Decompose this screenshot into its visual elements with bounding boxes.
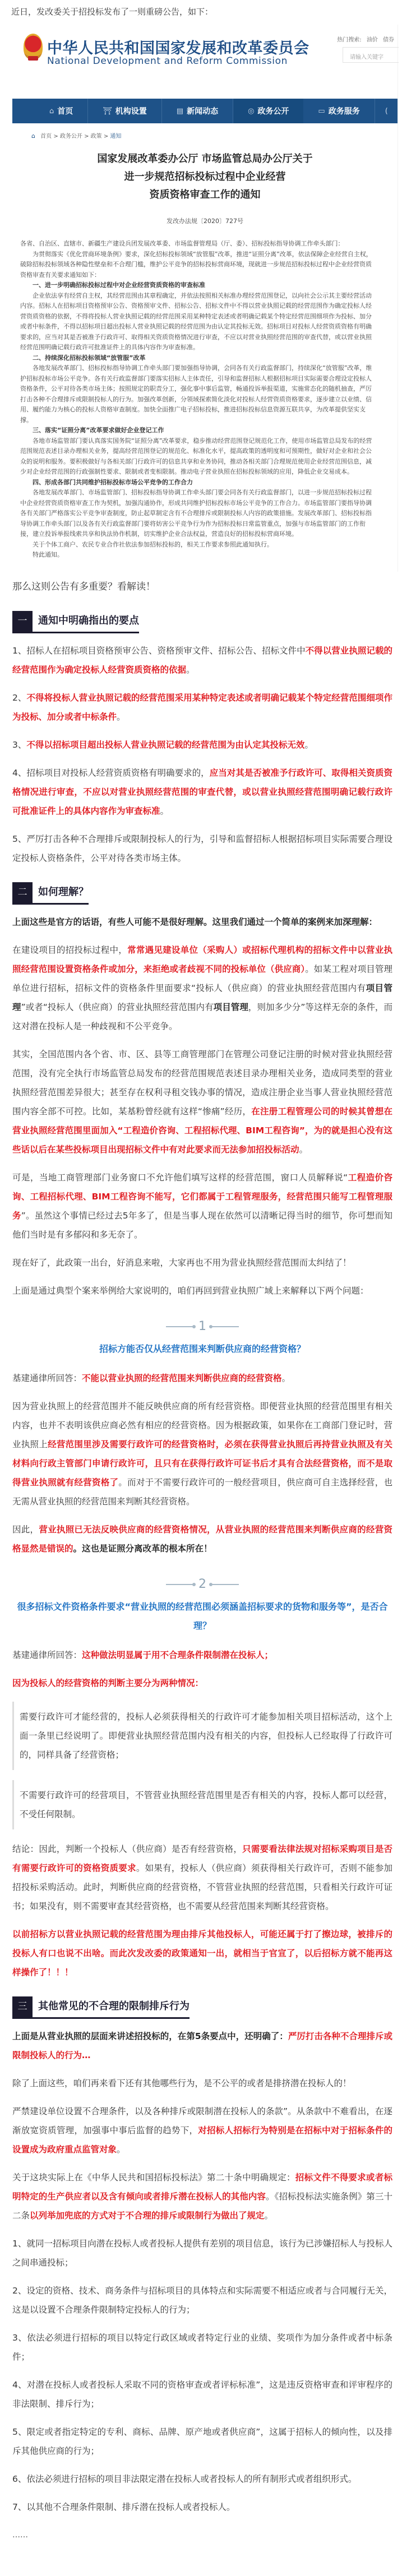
document-paragraph: 特此通知。 — [20, 550, 377, 560]
document-section-heading: 二、持续深化招标投标领域“放管服”改革 — [20, 353, 377, 364]
document-number: 发改办法规〔2020〕727号 — [12, 216, 398, 225]
nav-item-gov-affairs[interactable]: ◎政务公开 — [233, 99, 303, 123]
list-item: 6、依法必须进行招标的项目非法限定潜在投标人或者投标人的所有制形式或者组织形式。 — [12, 2470, 392, 2489]
question-answer-1: 基建通律所回答：不能以营业执照的经营范围来判断供应商的经营资格。因为营业执照上的… — [12, 1369, 392, 1558]
breadcrumb-item[interactable]: 政策 — [91, 133, 102, 140]
home-icon: ⌂ — [31, 132, 35, 140]
breadcrumb: ⌂ 首页 > 政务公开 > 政策 > 通知 — [12, 123, 398, 145]
key-point: 2、不得将投标人营业执照记载的经营范围采用某种特定表述或者明确记载某个特定经营范… — [12, 688, 392, 726]
section-heading-2: 二 如何理解？ — [12, 882, 89, 905]
document-section-heading: 三、落实“证照分离”改革要求做好企业登记工作 — [20, 425, 377, 436]
paragraph: 在建设项目的招投标过程中，常常遇见建设单位（采购人）或招标代理机构的招标文件中以… — [12, 940, 392, 1036]
section-heading-1: 一 通知中明确指出的要点 — [12, 611, 139, 633]
document-paragraph: 企业依法享有经营自主权，其经营范围由其章程确定，并依法按照相关标准办理经营范围登… — [20, 291, 377, 353]
section-heading-3: 三 其他常见的不合理的限制排斥行为 — [12, 1996, 190, 2019]
intro-text: 近日，发改委关于招投标发布了一则重磅公告，如下： — [0, 0, 402, 18]
nav-item-home[interactable]: ⌂首页 — [35, 99, 88, 123]
institution-icon: ⛩ — [103, 107, 112, 115]
site-header: 中华人民共和国国家发展和改革委员会 National Development a… — [12, 25, 398, 77]
search-input[interactable]: 请输入关键字 — [343, 47, 399, 63]
paragraph: 除了上面这些，咱们再来看下还有其他哪些行为，是不公平的或者是排挤潜在投标人的！ — [12, 2074, 392, 2093]
nav-item-more[interactable]: ( — [375, 99, 396, 123]
document-paragraph: 为贯彻落实《优化营商环境条例》要求，深化招标投标领域“放管服”改革，推进“证照分… — [20, 249, 377, 281]
paragraph: 因此，营业执照已无法反映供应商的经营资格情况，从营业执照的经营范围来判断供应商的… — [12, 1520, 392, 1558]
service-icon: ▭ — [318, 107, 325, 115]
section-number-badge: 二 — [12, 882, 33, 903]
section-title: 如何理解？ — [33, 883, 89, 902]
blockquote: 需要行政许可才能经营的，投标人必须获得相关的行政许可才能参加相关项目招标活动，这… — [12, 1702, 392, 1770]
question-answer-2: 基建通律所回答：这种做法明显属于用不合理条件限制潜在投标人；因为投标人的经营资格… — [12, 1646, 392, 1693]
blockquote: 不需要行政许可的经营项目，不管营业执照经营范围里是否有相关的内容，投标人都可以经… — [12, 1780, 392, 1829]
national-emblem-icon — [24, 34, 43, 59]
nav-item-news[interactable]: ▤新闻动态 — [162, 99, 233, 123]
site-title-en: National Development and Reform Commissi… — [47, 55, 288, 67]
paragraph: 因为投标人的经营资格的判断主要分为两种情况： — [12, 1674, 392, 1693]
document-section-heading: 四、形成各部门共同维护招标投标市场公平竞争的工作合力 — [20, 478, 377, 488]
paragraph: 可是，当地工商管理部门业务窗口不允许他们填写这样的经营范围，窗口人员解释说“工程… — [12, 1168, 392, 1244]
breadcrumb-item[interactable]: 政务公开 — [60, 133, 82, 140]
article: 那么这则公告有多重要？看解读！ 一 通知中明确指出的要点 1、招标人在招标项目资… — [0, 580, 402, 2576]
conclusion: 结论：因此，判断一个投标人（供应商）是否有经营资格，只需要看法律法规对招标采购项… — [12, 1840, 392, 1982]
hot-search-label: 热门搜索: — [337, 37, 361, 43]
question-divider-2: 2 — [12, 1575, 392, 1594]
restriction-list: 1、就同一招标项目向潜在投标人或者投标人提供有差别的项目信息，该行为已涉嫌招标人… — [12, 2234, 392, 2517]
section-number-badge: 一 — [12, 611, 33, 632]
document-paragraph: 各地市场监管部门要认真落实国务院“证照分离”改革要求，稳步推动经营范围登记规范化… — [20, 436, 377, 478]
list-item: 5、限定或者指定特定的专利、商标、品牌、原产地或者供应商”，这属于招标人的倾向性… — [12, 2422, 392, 2461]
paragraph: 严禁建设单位设置不合理条件，以及各种排斥或限制潜在投标人的条款”。从条款中不难看… — [12, 2102, 392, 2159]
more-icon: ( — [385, 107, 388, 115]
main-nav: ⌂首页 ⛩机构设置 ▤新闻动态 ◎政务公开 ▭政务服务 ( — [12, 99, 398, 123]
embedded-ndrc-page-screenshot: 中华人民共和国国家发展和改革委员会 National Development a… — [12, 25, 398, 572]
paragraph: 上面是通过典型个案来举例给大家说明的，咱们再回到营业执照广域上来解释以下两个问题… — [12, 1281, 392, 1300]
paragraph: 以前招标方以营业执照记载的经营范围为理由排斥其他投标人，可能还属于打了擦边球，被… — [12, 1925, 392, 1982]
section-title: 其他常见的不合理的限制排斥行为 — [33, 1997, 190, 2016]
section-title: 通知中明确指出的要点 — [33, 611, 139, 631]
document-paragraph: 各地发展改革部门、招标投标指导协调工作牵头部门要加强指导协调，会同各有关行政监督… — [20, 363, 377, 425]
article-lead: 那么这则公告有多重要？看解读！ — [12, 580, 392, 594]
section-number-badge: 三 — [12, 1996, 33, 2017]
home-icon: ⌂ — [49, 107, 54, 115]
hot-search-item[interactable]: 油价 — [367, 37, 378, 43]
hot-search-item[interactable]: 债券 — [383, 37, 394, 43]
breadcrumb-current[interactable]: 通知 — [110, 133, 121, 140]
list-item: 2、设定的资格、技术、商务条件与招标项目的具体特点和实际需要不相适应或者与合同履… — [12, 2281, 392, 2319]
key-point: 4、招标项目对投标人经营资质资格有明确要求的，应当对其是否被准予行政许可、取得相… — [12, 763, 392, 821]
nav-item-gov-service[interactable]: ▭政务服务 — [303, 99, 375, 123]
question-title-2: 很多招标文件资格条件要求“营业执照的经营范围必须涵盖招标要求的货物和服务等”，是… — [12, 1597, 392, 1636]
key-points-list: 1、招标人在招标项目资格预审公告、资格预审文件、招标公告、招标文件中不得以营业执… — [12, 641, 392, 868]
site-title-cn: 中华人民共和国国家发展和改革委员会 — [47, 36, 309, 58]
ellipsis: …… — [12, 2526, 392, 2545]
question-title-1: 招标方能否仅从经营范围来判断供应商的经营资格？ — [12, 1340, 392, 1359]
news-icon: ▤ — [177, 107, 183, 115]
paragraph: 因为营业执照上的经营范围并不能反映供应商的所有经营资格。即便营业执照的经营范围里… — [12, 1397, 392, 1511]
key-point: 1、招标人在招标项目资格预审公告、资格预审文件、招标公告、招标文件中不得以营业执… — [12, 641, 392, 679]
list-item: 7、以其他不合理条件限制、排斥潜在投标人或者投标人。 — [12, 2498, 392, 2517]
paragraph: 上面是从营业执照的层面来讲述招投标的，在第5条要点中，还明确了：严厉打击各种不合… — [12, 2027, 392, 2065]
key-point: 5、严厉打击各种不合理排斥或限制投标人的行为，引导和监督招标人根据招标项目实际需… — [12, 830, 392, 868]
paragraph: 基建通律所回答：不能以营业执照的经营范围来判断供应商的经营资格。 — [12, 1369, 392, 1388]
list-item: 3、依法必须进行招标的项目以特定行政区域或者特定行业的业绩、奖项作为加分条件或者… — [12, 2328, 392, 2366]
key-point: 3、不得以招标项目超出投标人营业执照记载的经营范围为由认定其投标无效。 — [12, 735, 392, 754]
document-paragraph: 各省、自治区、直辖市、新疆生产建设兵团发展改革委、市场监督管理局（厅、委）、招标… — [20, 239, 377, 249]
paragraph: 现在好了，此政策一出台，好消息来啦，大家再也不用为营业执照经营范围而太纠结了！ — [12, 1253, 392, 1272]
document-body: 各省、自治区、直辖市、新疆生产建设兵团发展改革委、市场监督管理局（厅、委）、招标… — [12, 225, 398, 572]
list-item: 1、就同一招标项目向潜在投标人或者投标人提供有差别的项目信息，该行为已涉嫌招标人… — [12, 2234, 392, 2272]
document-paragraph: 各地发展改革部门、市场监管部门、招标投标指导协调工作牵头部门要会同各有关行政监督… — [20, 488, 377, 540]
paragraph: 上面这些是官方的话语，有些人可能不是很好理解。这里我们通过一个简单的案例来加深理… — [12, 912, 392, 932]
list-item: 4、对潜在投标人或者投标人采取不同的资格审查或者评标标准”，这是违反资格审查和评… — [12, 2375, 392, 2413]
document-section-heading: 一、进一步明确招标投标过程中对企业经营资质资格的审查标准 — [20, 280, 377, 291]
document-title: 国家发展改革委办公厅 市场监管总局办公厅关于 进一步规范招标投标过程中企业经营 … — [12, 150, 398, 204]
paragraph: 基建通律所回答：这种做法明显属于用不合理条件限制潜在投标人； — [12, 1646, 392, 1665]
paragraph: 结论：因此，判断一个投标人（供应商）是否有经营资格，只需要看法律法规对招标采购项… — [12, 1840, 392, 1916]
understanding-paragraphs: 上面这些是官方的话语，有些人可能不是很好理解。这里我们通过一个简单的案例来加深理… — [12, 912, 392, 1300]
paragraph: 其实，全国范围内各个省、市、区、县等工商管理部门在管理公司登记注册的时候对营业执… — [12, 1045, 392, 1159]
question-divider-1: 1 — [12, 1317, 392, 1336]
nav-item-institution[interactable]: ⛩机构设置 — [88, 99, 162, 123]
other-behaviors: 上面是从营业执照的层面来讲述招投标的，在第5条要点中，还明确了：严厉打击各种不合… — [12, 2027, 392, 2225]
hot-search: 热门搜索: 油价 债券 — [337, 35, 398, 43]
paragraph: 关于这块实际上在《中华人民共和国招标投标法》第二十条中明确规定：招标文件不得要求… — [12, 2168, 392, 2225]
breadcrumb-item[interactable]: 首页 — [40, 133, 52, 140]
document-paragraph: 关于个体工商户、农民专业合作社依法参加招标投标的，相关工作要求参照此通知执行。 — [20, 540, 377, 550]
broadcast-icon: ◎ — [248, 107, 254, 115]
